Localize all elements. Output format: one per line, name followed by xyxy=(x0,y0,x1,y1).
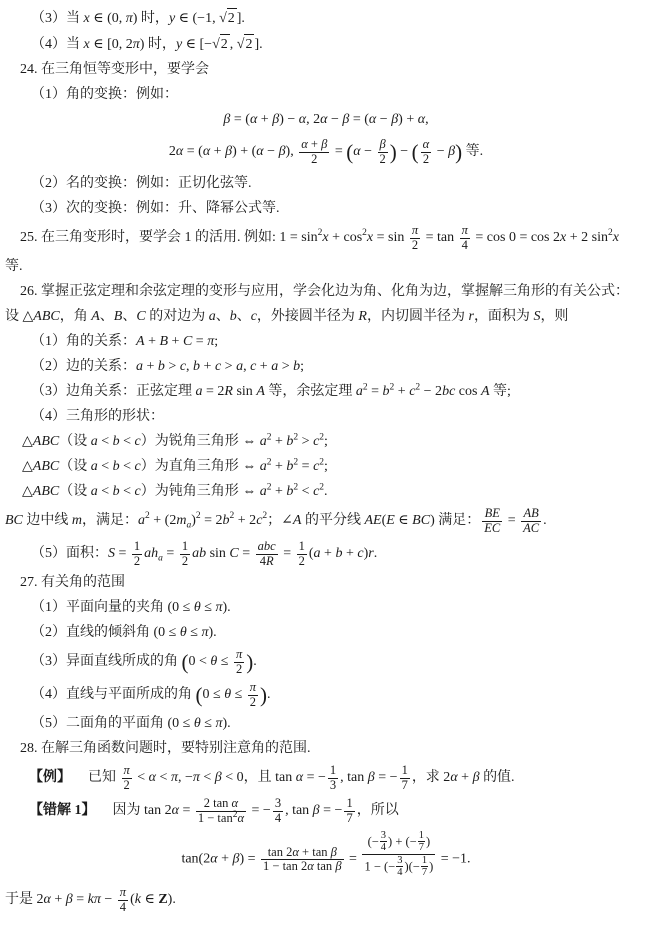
text-run: < xyxy=(120,434,135,449)
text-run: > xyxy=(165,359,180,374)
fraction: π2 xyxy=(122,764,132,792)
doc-line-item-4-range: （4）当 x ∈ [0, 2π) 时，y ∈ [−√2, √2]. xyxy=(0,34,652,55)
text-run: )(− xyxy=(404,859,419,873)
doc-line-section-25-cont: 等. xyxy=(0,257,652,277)
text-run: 4 xyxy=(462,238,468,252)
fraction: 17 xyxy=(344,797,354,825)
denominator: 7 xyxy=(418,842,425,853)
fraction: BEEC xyxy=(482,507,502,535)
text-run: ). xyxy=(208,625,216,640)
text-run: tan(2 xyxy=(181,852,210,867)
text-run: = ( xyxy=(349,112,369,127)
math-run: a xyxy=(209,309,216,324)
text-run: ≤ xyxy=(187,625,202,640)
text-run: ≤ xyxy=(217,654,232,669)
text-run: cos xyxy=(455,384,481,399)
text-run: − xyxy=(101,892,116,907)
text-run: 2 xyxy=(423,152,429,166)
math-run: ABC xyxy=(33,459,59,474)
text-run: ，内切圆半径为 xyxy=(367,309,469,324)
math-run: A xyxy=(481,384,490,399)
math-run: a xyxy=(91,484,98,499)
doc-line-angle-transform-formula-1: β = (α + β) − α, 2α − β = (α − β) + α, xyxy=(0,110,652,130)
text-run: ; xyxy=(324,459,328,474)
numerator: 3 xyxy=(396,855,403,867)
math-run: B xyxy=(159,334,168,349)
numerator: BE xyxy=(482,507,502,522)
math-run: α xyxy=(210,852,217,867)
text-run: 等，余弦定理 xyxy=(265,384,356,399)
numerator: abc xyxy=(256,540,278,555)
fraction: π4 xyxy=(460,224,470,252)
text-run: ；∠ xyxy=(267,513,293,528)
math-run: AC xyxy=(523,521,539,535)
text-run: = sin xyxy=(373,230,408,245)
text-run: （设 xyxy=(59,484,91,499)
math-run: a xyxy=(91,459,98,474)
doc-line-section-26: 26. 掌握正弦定理和余弦定理的变形与应用，学会化边为角、化角为边，掌握解三角形… xyxy=(0,282,652,302)
math-run: BC xyxy=(5,513,23,528)
numerator: 1 xyxy=(132,540,142,555)
text-run: − xyxy=(376,112,391,127)
text-run: = xyxy=(163,546,178,561)
text-run: = 2 xyxy=(201,513,223,528)
denominator: 7 xyxy=(400,779,410,793)
math-run: α xyxy=(172,803,179,818)
text-run: （3）边角关系：正弦定理 xyxy=(31,384,196,399)
text-run: − 2 xyxy=(420,384,442,399)
text-run: , tan xyxy=(285,803,313,818)
text-run: < xyxy=(134,770,149,785)
text-run: 2 xyxy=(311,152,317,166)
text-run: （设 xyxy=(59,434,91,449)
numerator: 1 xyxy=(328,764,338,779)
text-run: （1）角的关系： xyxy=(31,334,136,349)
denominator: 2 xyxy=(248,696,258,710)
text-run: ，满足： xyxy=(82,513,138,528)
fraction: (−34) + (−17)1 − (−34)(−17) xyxy=(362,830,435,878)
denominator: AC xyxy=(521,522,541,536)
text-run: ; xyxy=(300,359,304,374)
text-run: △ xyxy=(22,484,33,499)
text-run: （2）直线的倾斜角 (0 ≤ xyxy=(31,625,180,640)
text-run: 26. 掌握正弦定理和余弦定理的变形与应用，学会化边为角、化角为边，掌握解三角形… xyxy=(20,284,629,299)
text-run: 等. xyxy=(462,144,483,159)
math-run: a xyxy=(260,459,267,474)
text-run: 的对边为 xyxy=(146,309,209,324)
numerator: 1 xyxy=(297,540,307,555)
doc-line-sec24-item-1: （1）角的变换：例如： xyxy=(0,85,652,105)
radicand: 2 xyxy=(227,8,237,29)
text-run: − xyxy=(327,112,342,127)
math-run: b xyxy=(158,359,165,374)
text-run: . xyxy=(267,687,271,702)
math-run: b xyxy=(113,434,120,449)
math-run: α xyxy=(299,112,306,127)
text-run: + xyxy=(272,484,287,499)
doc-line-sec26-item-2: （2）边的关系：a + b > c, b + c > a, c + a > b; xyxy=(0,357,652,377)
text-run: < xyxy=(120,459,135,474)
text-run: = xyxy=(346,852,361,867)
doc-line-section-27: 27. 有关角的范围 xyxy=(0,573,652,593)
math-run: π xyxy=(193,770,200,785)
text-run: , xyxy=(186,359,193,374)
text-run: > xyxy=(298,434,313,449)
text-run: 24. 在三角恒等变形中，要学会 xyxy=(20,62,209,77)
text-run: ) + xyxy=(398,112,418,127)
math-run: E xyxy=(386,513,395,528)
math-run: x xyxy=(613,230,619,245)
doc-line-item-3-range: （3）当 x ∈ (0, π) 时，y ∈ (−1, √2]. xyxy=(0,8,652,29)
text-run: 7 xyxy=(346,811,352,825)
big-delimiter: ) xyxy=(260,683,267,707)
math-run: ABC xyxy=(33,484,59,499)
text-run: 7 xyxy=(402,778,408,792)
math-run: R xyxy=(358,309,367,324)
text-run: 0 ≤ xyxy=(203,687,225,702)
math-run: C xyxy=(136,309,145,324)
numerator: β xyxy=(378,138,388,153)
text-run: ，面积为 xyxy=(474,309,534,324)
text-run: + (2 xyxy=(150,513,177,528)
text-run: （2）名的变换：例如：正切化弦等. xyxy=(31,176,252,191)
text-run: 2 tan xyxy=(204,796,232,810)
doc-line-right-triangle: △ABC（设 a < b < c）为直角三角形 ⇔ a2 + b2 = c2; xyxy=(0,457,652,477)
text-run: < 0，且 tan xyxy=(222,770,296,785)
text-run: 1 xyxy=(182,539,188,553)
math-run: R xyxy=(224,384,233,399)
math-run: C xyxy=(229,546,238,561)
document-body: （3）当 x ∈ (0, π) 时，y ∈ (−1, √2].（4）当 x ∈ … xyxy=(0,8,652,914)
text-run: ≤ xyxy=(201,716,216,731)
big-delimiter: ( xyxy=(182,650,189,674)
math-run: β xyxy=(279,144,286,159)
math-run: BE xyxy=(485,506,500,520)
text-run: ). xyxy=(168,892,176,907)
numerator: π xyxy=(460,224,470,239)
text-run: （3）异面直线所成的角 xyxy=(31,654,182,669)
text-run: , − xyxy=(178,770,193,785)
math-run: a xyxy=(260,484,267,499)
text-run: ∈ xyxy=(141,892,158,907)
doc-line-median-bisector: BC 边中线 m，满足：a2 + (2ma)2 = 2b2 + 2c2；∠A 的… xyxy=(0,507,652,535)
text-run: + xyxy=(210,144,225,159)
math-run: α xyxy=(353,144,360,159)
text-run: = − xyxy=(248,803,271,818)
text-run: 2 xyxy=(134,554,140,568)
text-run: + xyxy=(143,359,158,374)
text-run: ), xyxy=(286,144,298,159)
text-run: + xyxy=(308,137,321,151)
text-run: + xyxy=(272,434,287,449)
math-run: a xyxy=(260,434,267,449)
text-run: ≤ xyxy=(231,687,246,702)
numerator: π xyxy=(410,224,420,239)
text-run: = xyxy=(179,803,194,818)
doc-line-sec26-item-3: （3）边角关系：正弦定理 a = 2R sin A 等，余弦定理 a2 = b2… xyxy=(0,382,652,402)
math-run: π xyxy=(133,37,140,52)
text-run: 已知 xyxy=(88,770,120,785)
text-run: 0 < xyxy=(189,654,211,669)
numerator: α + β xyxy=(299,138,329,153)
math-run: π xyxy=(250,680,256,694)
denominator: 4R xyxy=(256,555,278,569)
big-delimiter: ( xyxy=(412,140,419,164)
text-run: sin xyxy=(206,546,229,561)
denominator: 4 xyxy=(380,842,387,853)
text-run: = xyxy=(192,334,207,349)
text-run: ) + ( xyxy=(232,144,256,159)
doc-line-triangle-setup: 设 △ABC，角 A、B、C 的对边为 a、b、c，外接圆半径为 R，内切圆半径… xyxy=(0,307,652,327)
doc-line-conclusion: 于是 2α + β = kπ − π4(k ∈ Z). xyxy=(0,886,652,914)
fraction: 12 xyxy=(297,540,307,568)
doc-line-obtuse-triangle: △ABC（设 a < b < c）为钝角三角形 ⇔ a2 + b2 < c2. xyxy=(0,482,652,502)
text-run: 3 xyxy=(381,830,386,841)
text-run: + xyxy=(168,334,183,349)
text-run: 2 xyxy=(236,662,242,676)
math-run: ab xyxy=(192,546,206,561)
text-run: ）为锐角三角形 ⇔ xyxy=(141,434,260,449)
doc-line-sec26-item-4: （4）三角形的形状： xyxy=(0,407,652,427)
text-run: + xyxy=(200,359,215,374)
doc-line-example: 【例】已知 π2 < α < π, −π < β < 0，且 tan α = −… xyxy=(0,764,652,792)
text-run: ; xyxy=(214,334,218,349)
math-run: α xyxy=(423,137,430,151)
text-run: 7 xyxy=(419,842,424,853)
fraction: 17 xyxy=(421,855,428,879)
text-run: （5）面积： xyxy=(31,546,108,561)
text-run: ) = xyxy=(239,852,259,867)
math-run: C xyxy=(183,334,192,349)
numerator: 1 xyxy=(421,855,428,867)
text-run: ∈ (−1, xyxy=(175,11,219,26)
text-run: < xyxy=(98,434,113,449)
math-run: AE xyxy=(364,513,381,528)
text-run: 、 xyxy=(122,309,136,324)
fraction: α2 xyxy=(421,138,432,166)
text-run: ∈ xyxy=(395,513,412,528)
math-run: α xyxy=(450,770,457,785)
math-run: kπ xyxy=(88,892,101,907)
fraction: 34 xyxy=(380,830,387,854)
text-run: + cos xyxy=(329,230,363,245)
math-run: θ xyxy=(180,625,187,640)
fraction: 2 tan α1 − tan2α xyxy=(196,797,246,825)
text-run: sin xyxy=(233,384,256,399)
denominator: 1 − tan 2α tan β xyxy=(261,860,344,874)
denominator: 4 xyxy=(118,901,128,915)
fraction: 12 xyxy=(132,540,142,568)
math-run: π xyxy=(412,223,418,237)
denominator: 2 xyxy=(122,779,132,793)
doc-line-angle-transform-formula-2: 2α = (α + β) + (α − β), α + β2 = (α − β2… xyxy=(0,138,652,166)
text-run: 4 xyxy=(381,842,386,853)
math-run: β xyxy=(313,803,320,818)
denominator: 7 xyxy=(344,812,354,826)
text-run: ) − xyxy=(279,112,299,127)
text-run: = ( xyxy=(230,112,250,127)
text-run: − xyxy=(264,144,279,159)
text-run: 4 xyxy=(275,811,281,825)
numerator: π xyxy=(118,886,128,901)
text-run: 1 xyxy=(419,830,424,841)
text-run: ，则 xyxy=(540,309,568,324)
text-run: 1 xyxy=(299,539,305,553)
text-run: = xyxy=(239,546,254,561)
fraction: 17 xyxy=(418,830,425,854)
math-run: A xyxy=(136,334,145,349)
fraction: π2 xyxy=(234,648,244,676)
math-run: a xyxy=(91,434,98,449)
fraction: π4 xyxy=(118,886,128,914)
text-run: tan 2 xyxy=(268,845,293,859)
math-run: α xyxy=(232,796,239,810)
text-run: 2 xyxy=(182,554,188,568)
doc-line-sec27-item-1: （1）平面向量的夹角 (0 ≤ θ ≤ π). xyxy=(0,598,652,618)
text-run: 3 xyxy=(397,855,402,866)
math-run: β xyxy=(473,770,480,785)
text-run: = xyxy=(280,546,295,561)
math-run: m xyxy=(72,513,82,528)
denominator: 2 xyxy=(132,555,142,569)
doc-line-sec27-item-5: （5）二面角的平面角 (0 ≤ θ ≤ π). xyxy=(0,714,652,734)
math-run: a xyxy=(196,384,203,399)
text-run: + 2 sin xyxy=(566,230,608,245)
bold-label: 【例】 xyxy=(29,770,71,785)
text-run: . xyxy=(253,654,257,669)
text-run: 28. 在解三角函数问题时，要特别注意角的范围. xyxy=(20,741,311,756)
text-run: = xyxy=(331,144,346,159)
doc-line-acute-triangle: △ABC（设 a < b < c）为锐角三角形 ⇔ a2 + b2 > c2; xyxy=(0,432,652,452)
fraction: tan 2α + tan β1 − tan 2α tan β xyxy=(261,846,344,874)
doc-line-sec26-item-1: （1）角的关系：A + B + C = π; xyxy=(0,332,652,352)
math-run: BC xyxy=(412,513,430,528)
math-run: β xyxy=(215,770,222,785)
text-run: − xyxy=(361,144,376,159)
math-run: b xyxy=(193,359,200,374)
text-run: = xyxy=(504,513,519,528)
doc-line-section-28: 28. 在解三角函数问题时，要特别注意角的范围. xyxy=(0,739,652,759)
text-run: （2）边的关系： xyxy=(31,359,136,374)
text-run: = ( xyxy=(183,144,203,159)
numerator: 1 xyxy=(344,797,354,812)
text-run: ∈ (0, xyxy=(90,11,126,26)
text-run: △ xyxy=(22,459,33,474)
text-run: ). xyxy=(222,716,230,731)
text-run: 、 xyxy=(237,309,251,324)
math-run: β xyxy=(66,892,73,907)
text-run: , xyxy=(230,37,237,52)
text-run: (− xyxy=(368,835,379,849)
bold-label: Z xyxy=(158,892,167,907)
math-run: S xyxy=(108,546,115,561)
fraction: 13 xyxy=(328,764,338,792)
math-run: α xyxy=(256,144,263,159)
radical-sign: √ xyxy=(237,35,245,55)
text-run: 1 xyxy=(402,763,408,777)
text-run: ，外接圆半径为 xyxy=(257,309,359,324)
numerator: AB xyxy=(521,507,541,522)
text-run: − xyxy=(433,144,448,159)
text-run: 于是 2 xyxy=(5,892,44,907)
text-run: > xyxy=(278,359,293,374)
text-run: + xyxy=(342,546,357,561)
numerator: 1 xyxy=(400,764,410,779)
text-run: △ xyxy=(22,434,33,449)
math-run: bc xyxy=(442,384,455,399)
text-run: ，求 2 xyxy=(412,770,451,785)
math-run: α xyxy=(237,811,244,825)
text-run: 7 xyxy=(422,867,427,878)
text-run: . xyxy=(374,546,378,561)
fraction: π2 xyxy=(248,681,258,709)
text-run: ) 时， xyxy=(140,37,176,52)
text-run: ). xyxy=(222,600,230,615)
text-run: ∈ [0, 2 xyxy=(90,37,133,52)
text-run: = xyxy=(115,546,130,561)
text-run: 的值. xyxy=(480,770,515,785)
text-run: 1 xyxy=(134,539,140,553)
math-run: m xyxy=(176,513,186,528)
text-run: + xyxy=(256,359,271,374)
text-run: 2 xyxy=(169,144,176,159)
math-run: ABC xyxy=(33,434,59,449)
text-run: 设 △ xyxy=(5,309,33,324)
text-run: = xyxy=(368,384,383,399)
bold-label: 【错解 1】 xyxy=(29,803,96,818)
square-root: √2 xyxy=(219,8,237,29)
text-run: + xyxy=(51,892,66,907)
text-run: （1）平面向量的夹角 (0 ≤ xyxy=(31,600,194,615)
math-run: α xyxy=(149,770,156,785)
text-run: ) xyxy=(429,859,433,873)
text-run: 1 − (− xyxy=(364,859,395,873)
doc-line-section-24: 24. 在三角恒等变形中，要学会 xyxy=(0,60,652,80)
text-run: < xyxy=(298,484,313,499)
denominator: 2 xyxy=(299,153,329,167)
math-run: π xyxy=(462,223,468,237)
text-run: + 2 xyxy=(234,513,256,528)
denominator: 3 xyxy=(328,779,338,793)
numerator: α xyxy=(421,138,432,153)
text-run: 3 xyxy=(275,796,281,810)
text-run: 、 xyxy=(100,309,114,324)
square-root: √2 xyxy=(212,34,230,55)
text-run: ∈ [− xyxy=(182,37,212,52)
text-run: ) xyxy=(426,835,430,849)
math-run: b xyxy=(383,384,390,399)
doc-line-section-25: 25. 在三角变形时，要学会 1 的活用. 例如: 1 = sin2x + co… xyxy=(0,224,652,252)
text-run: （4）当 xyxy=(31,37,84,52)
fraction: β2 xyxy=(378,138,388,166)
text-run: + xyxy=(272,459,287,474)
doc-line-sec27-item-4: （4）直线与平面所成的角 (0 ≤ θ ≤ π2). xyxy=(0,681,652,709)
text-run: 25. 在三角变形时，要学会 1 的活用. 例如: 1 = sin xyxy=(20,230,318,245)
numerator: π xyxy=(122,764,132,779)
denominator: 2 xyxy=(421,153,432,167)
fraction: π2 xyxy=(410,224,420,252)
denominator: 1 − tan2α xyxy=(196,812,246,826)
denominator: 2 xyxy=(410,239,420,253)
denominator: 4 xyxy=(460,239,470,253)
text-run: > xyxy=(221,359,236,374)
text-run: （设 xyxy=(59,459,91,474)
math-run: β xyxy=(321,137,327,151)
text-run: + xyxy=(257,112,272,127)
math-run: ah xyxy=(144,546,158,561)
math-run: a xyxy=(136,359,143,374)
numerator: π xyxy=(248,681,258,696)
